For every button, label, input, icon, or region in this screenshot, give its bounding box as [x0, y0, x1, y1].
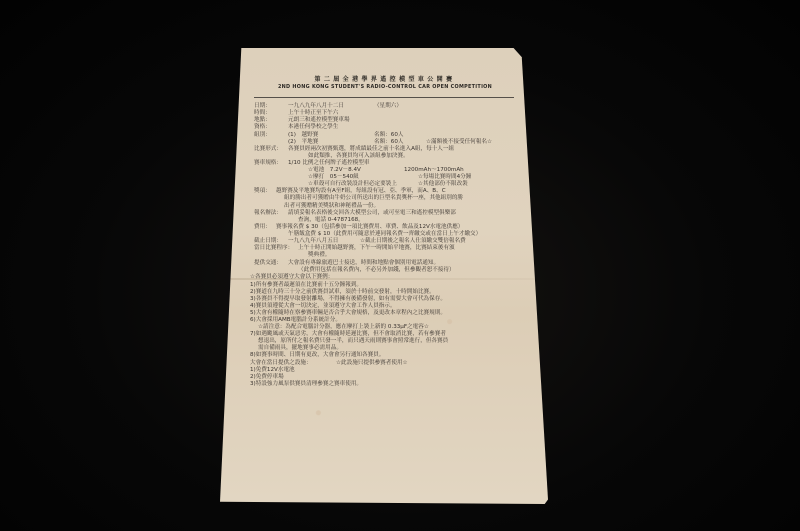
competition-flyer-paper: 第二屆全港學界遙控模型車公開賽 2ND HONG KONG STUDENT'S … — [220, 48, 548, 504]
schedule-row: 當日比賽程序： 上午十時正開始越野賽，下午一時開始平地賽，比賽結束後有頒 — [254, 245, 516, 252]
facilities-note: ☆此設施只提供參賽者使用☆ — [336, 360, 408, 367]
rule-item: 2)賽道在九時三十分之前供賽員試車，須於十時前交發射，十時開始比賽。 — [250, 289, 516, 296]
fee-label: 費用： — [254, 224, 276, 231]
title-english: 2ND HONG KONG STUDENT'S RADIO-CONTROL CA… — [254, 84, 516, 91]
deadline-label: 截止日期： — [254, 238, 288, 245]
facility-item: 1)免費12V水電池 — [250, 367, 516, 374]
prize-label: 獎項： — [254, 188, 276, 195]
category-2-quota: 名額：60人 — [374, 139, 426, 146]
rule-item: 8)如賽事時間、日期有更改，大會會另行通知各賽員。 — [250, 352, 516, 359]
date-day: （星期六） — [374, 103, 402, 110]
transport-label: 提供交通： — [254, 260, 288, 267]
rule-item: 5)大會有權隨時在察參賽車輛是否合乎大會規格，及更改本章程內之比賽規則。 — [250, 310, 516, 317]
fee-line-1: 賽事報名費 $ 30（包括參加一項比賽費用、車費、飲品及12V水電池供應） — [276, 224, 463, 231]
format-line-2: 如此類推，各賽員均可入該組參加決賽。 — [254, 153, 516, 160]
quota-note: ☆滿額後不接受任何報名☆ — [426, 139, 492, 146]
deadline-note: ☆截止日期後之報名人仕須繳交雙倍報名費 — [360, 238, 466, 245]
eligibility-row: 資格： 本港任何學校之學生 — [254, 124, 516, 131]
fee-line-2: 午膳飯盒費 $ 10（此費用可隨意於連同報名費一齊繳交或在當日上午才繳交） — [254, 231, 516, 238]
eligibility-label: 資格： — [254, 124, 288, 131]
facility-item: 2)免費停車場 — [250, 374, 516, 381]
title-chinese: 第二屆全港學界遙控模型車公開賽 — [254, 76, 516, 83]
facilities-heading-row: 大會在當日提供之設施： ☆此設施只提供參賽者使用☆ — [250, 360, 516, 367]
format-line-1: 各賽員經兩次初賽甄選，將成績最佳之前十名進入A組，每十人一組 — [288, 146, 454, 153]
spec-battery-row: ☆電池 7.2V－8.4V 1200mAh～1700mAh — [254, 167, 516, 174]
register-row: 報名辦法： 請填妥報名表格後交回各大模型公司，或可至電三和遙控模型俱樂部 — [254, 210, 516, 217]
rules-block: ☆各賽員必須遵守大會以下賽例： 1)所有參賽者最遲須在比賽前十五分鐘報到。 2)… — [250, 274, 516, 388]
register-line-1: 請填妥報名表格後交回各大模型公司，或可至電三和遙控模型俱樂部 — [288, 210, 456, 217]
category-label: 組別： — [254, 132, 288, 139]
schedule-label: 當日比賽程序： — [254, 245, 298, 252]
category-row-1: 組別： (1) 越野賽 名額：60人 — [254, 132, 516, 139]
deadline-value: 一九八九年八月五日 — [288, 238, 360, 245]
spec-label: 賽車規格： — [254, 160, 288, 167]
facility-item: 3)特設強力風泵供賽員清理參賽之賽車使用。 — [250, 381, 516, 388]
category-1: (1) 越野賽 — [288, 132, 374, 139]
deadline-row: 截止日期： 一九八九年八月五日 ☆截止日期後之報名人仕須繳交雙倍報名費 — [254, 238, 516, 245]
category-2: (2) 平地賽 — [288, 139, 374, 146]
flyer-content: 第二屆全港學界遙控模型車公開賽 2ND HONG KONG STUDENT'S … — [254, 76, 516, 388]
prize-line-2: 組的勝出者可獲贈由牛奶公司所送出的巨型名貴獎杯一座，其他組別的勝 — [254, 195, 516, 202]
register-label: 報名辦法： — [254, 210, 288, 217]
prize-line-3: 出者可獲贈精美獎狀和神秘禮品一份。 — [254, 203, 516, 210]
eligibility-value: 本港任何學校之學生 — [288, 124, 338, 131]
facilities-heading: 大會在當日提供之設施： — [250, 360, 336, 367]
fee-row: 費用： 賽事報名費 $ 30（包括參加一項比賽費用、車費、飲品及12V水電池供應… — [254, 224, 516, 231]
rule-item: 1)所有參賽者最遲須在比賽前十五分鐘報到。 — [250, 282, 516, 289]
register-line-2: 查詢，電話 0-4787168。 — [254, 217, 516, 224]
category-row-2: (2) 平地賽 名額：60人 ☆滿額後不接受任何報名☆ — [254, 139, 516, 146]
category-1-quota: 名額：60人 — [374, 132, 404, 139]
schedule-line-2: 獎典禮。 — [254, 252, 516, 259]
spec-line: 1/10 比例之任何牌子遙控模型車 — [288, 160, 369, 167]
format-row: 比賽形式： 各賽員經兩次初賽甄選，將成績最佳之前十名進入A組，每十人一組 — [254, 146, 516, 153]
spec-row: 賽車規格： 1/10 比例之任何牌子遙控模型車 — [254, 160, 516, 167]
rule-item: 4)賽員須遵從大會一切決定，並須遵守大會工作人員指示。 — [250, 303, 516, 310]
rule-item: 3)各賽員不得提早取發射離場，不得擁有後備發射，如有需要大會可代為保存。 — [250, 296, 516, 303]
format-label: 比賽形式： — [254, 146, 288, 153]
title-divider — [254, 97, 514, 98]
rules-heading: ☆各賽員必須遵守大會以下賽例： — [250, 274, 516, 281]
